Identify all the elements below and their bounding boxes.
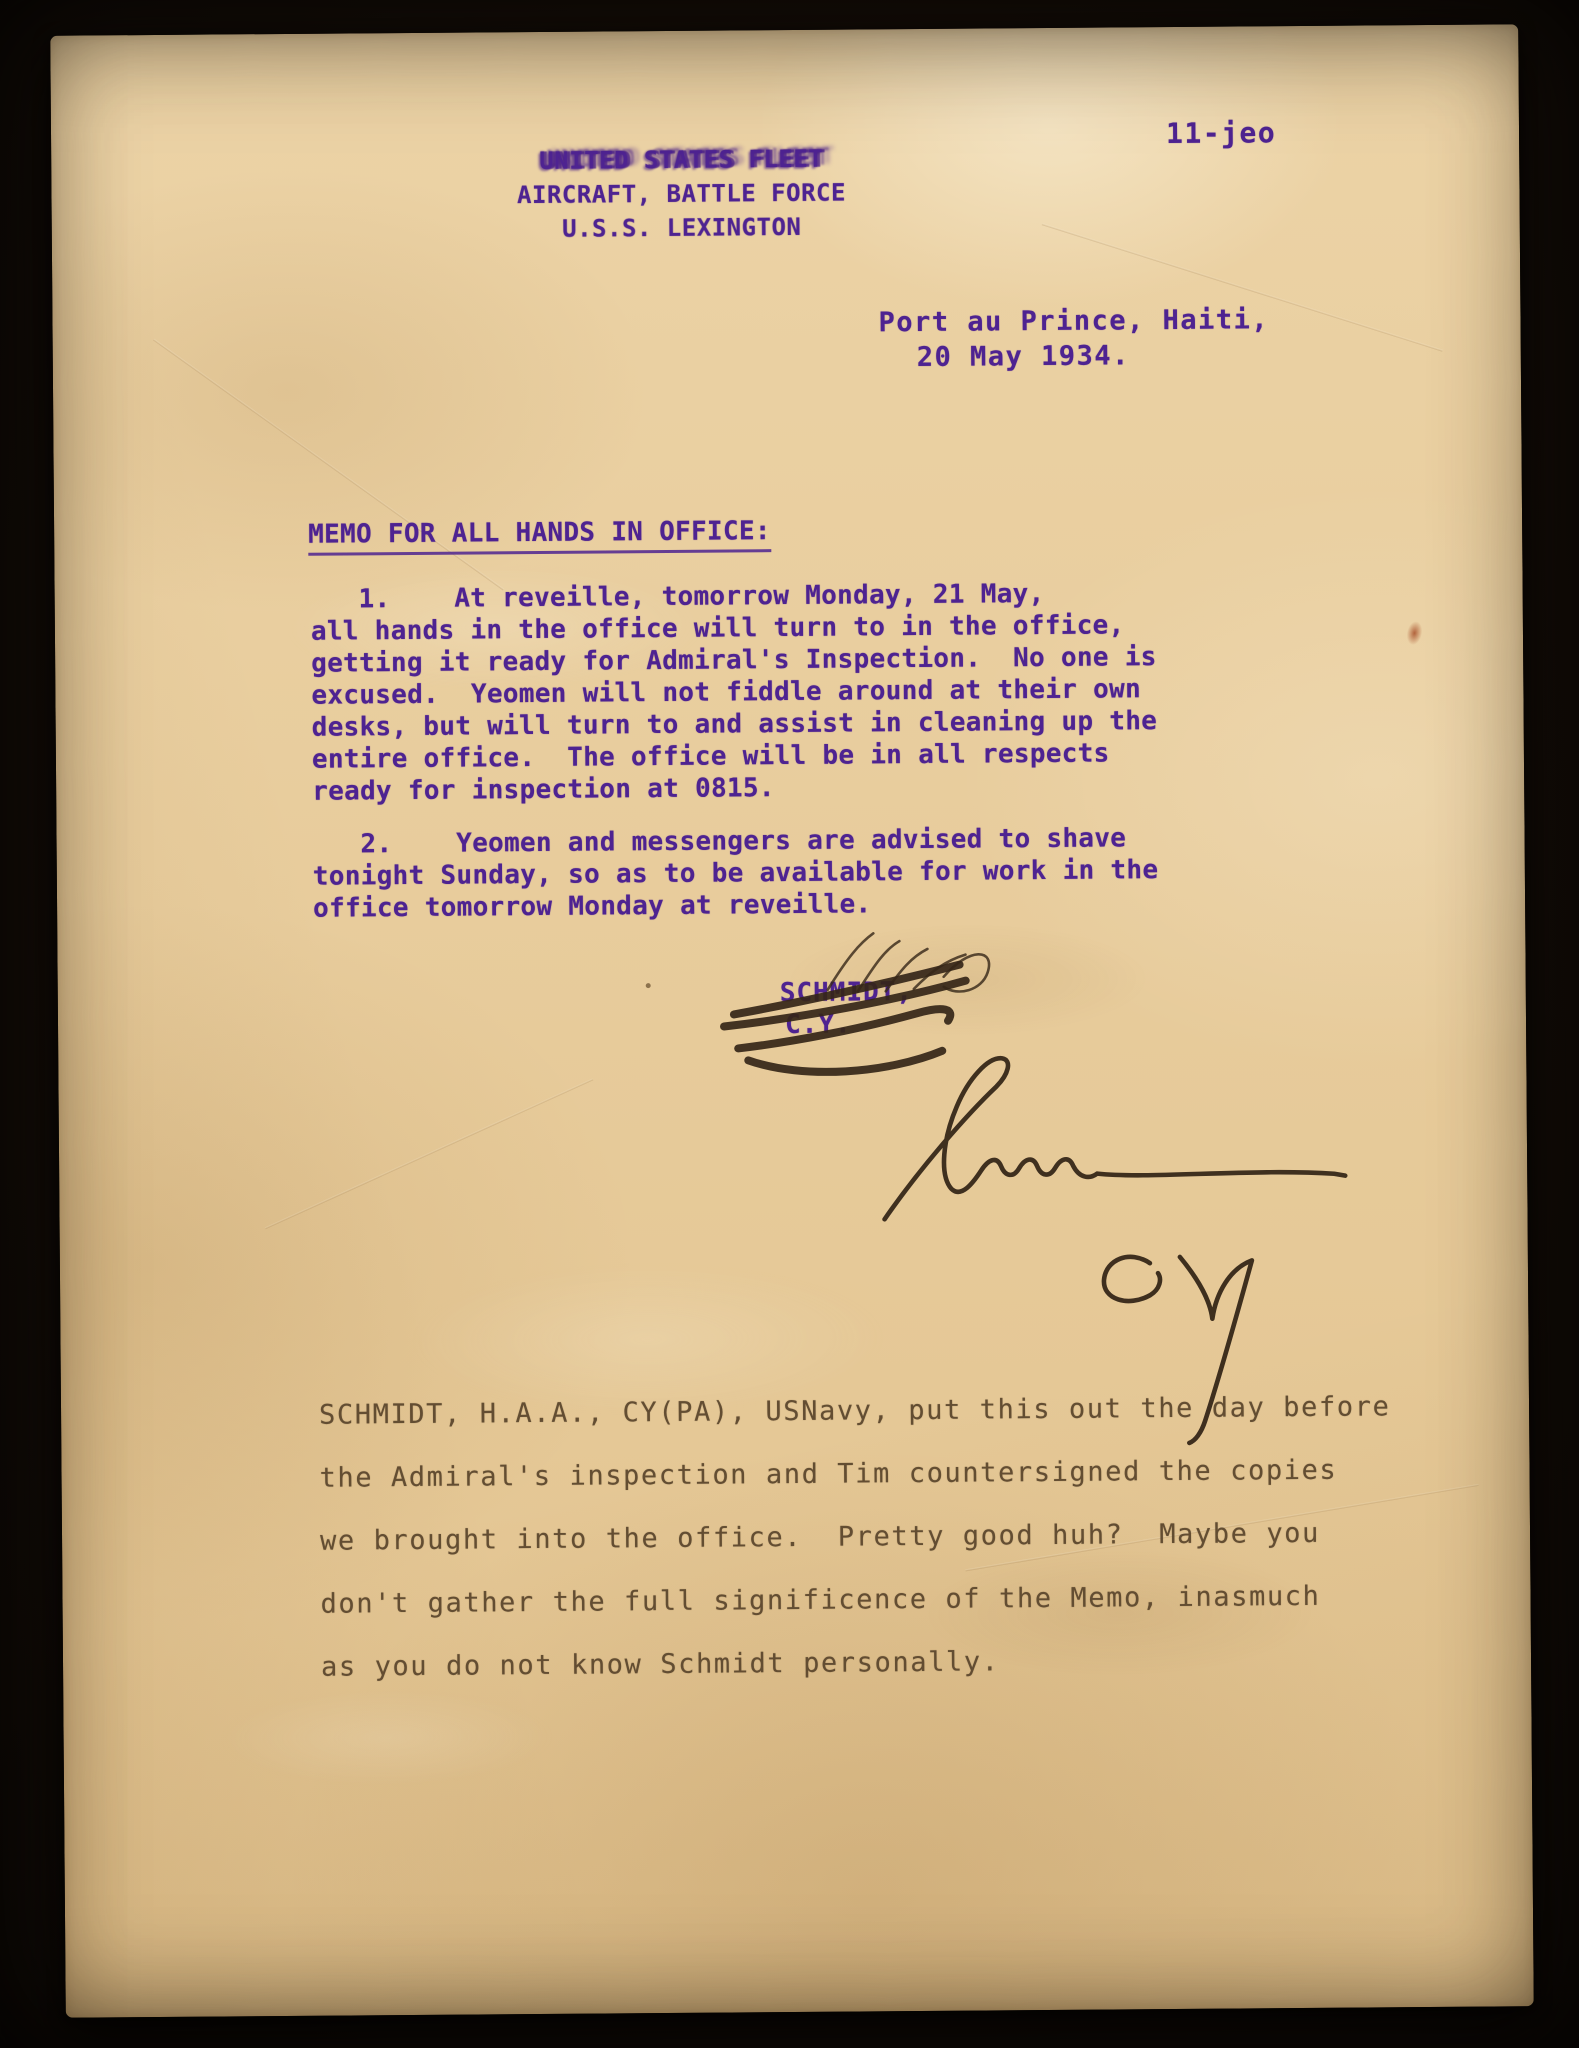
struck-typed-rating: C.Y. xyxy=(785,1010,852,1041)
serial-number: 11-jeo xyxy=(1166,116,1276,150)
memo-line: office tomorrow Monday at reveille. xyxy=(313,886,1159,925)
memo-heading: MEMO FOR ALL HANDS IN OFFICE: xyxy=(308,516,771,556)
memo-line: entire office. The office will be in all… xyxy=(312,737,1158,776)
photo-of-memo: UNITED STATES FLEET AIRCRAFT, BATTLE FOR… xyxy=(0,0,1579,2048)
memo-document: UNITED STATES FLEET AIRCRAFT, BATTLE FOR… xyxy=(50,24,1534,2017)
dateline-place: Port au Prince, Haiti, xyxy=(878,302,1269,340)
dateline: Port au Prince, Haiti, 20 May 1934. xyxy=(878,302,1269,375)
postscript-line: the Admiral's inspection and Tim counter… xyxy=(319,1438,1391,1509)
letterhead-line-3: U.S.S. LEXINGTON xyxy=(467,209,897,246)
memo-paragraph-1: 1. At reveille, tomorrow Monday, 21 May,… xyxy=(311,577,1158,808)
letterhead-line-1: UNITED STATES FLEET xyxy=(466,141,896,178)
signature-scrawl xyxy=(883,1056,1345,1220)
postscript-paragraph: SCHMIDT, H.A.A., CY(PA), USNavy, put thi… xyxy=(319,1375,1393,1698)
postscript-line: don't gather the full significence of th… xyxy=(320,1564,1392,1635)
paper-crease xyxy=(265,1078,594,1229)
postscript-line: SCHMIDT, H.A.A., CY(PA), USNavy, put thi… xyxy=(319,1375,1391,1446)
postscript-line: as you do not know Schmidt personally. xyxy=(321,1627,1393,1698)
letterhead-stamp: UNITED STATES FLEET AIRCRAFT, BATTLE FOR… xyxy=(466,141,897,246)
struck-typed-name: SCHMIDT, xyxy=(780,977,913,1008)
memo-paragraph-2: 2. Yeomen and messengers are advised to … xyxy=(312,822,1158,925)
memo-line: ready for inspection at 0815. xyxy=(312,769,1158,808)
letterhead-line-2: AIRCRAFT, BATTLE FORCE xyxy=(466,175,896,212)
rust-stain xyxy=(1405,620,1425,647)
dateline-date: 20 May 1934. xyxy=(917,337,1270,375)
postscript-line: we brought into the office. Pretty good … xyxy=(320,1501,1392,1572)
ink-speck xyxy=(646,983,651,988)
memo-line: tonight Sunday, so as to be available fo… xyxy=(313,854,1159,893)
